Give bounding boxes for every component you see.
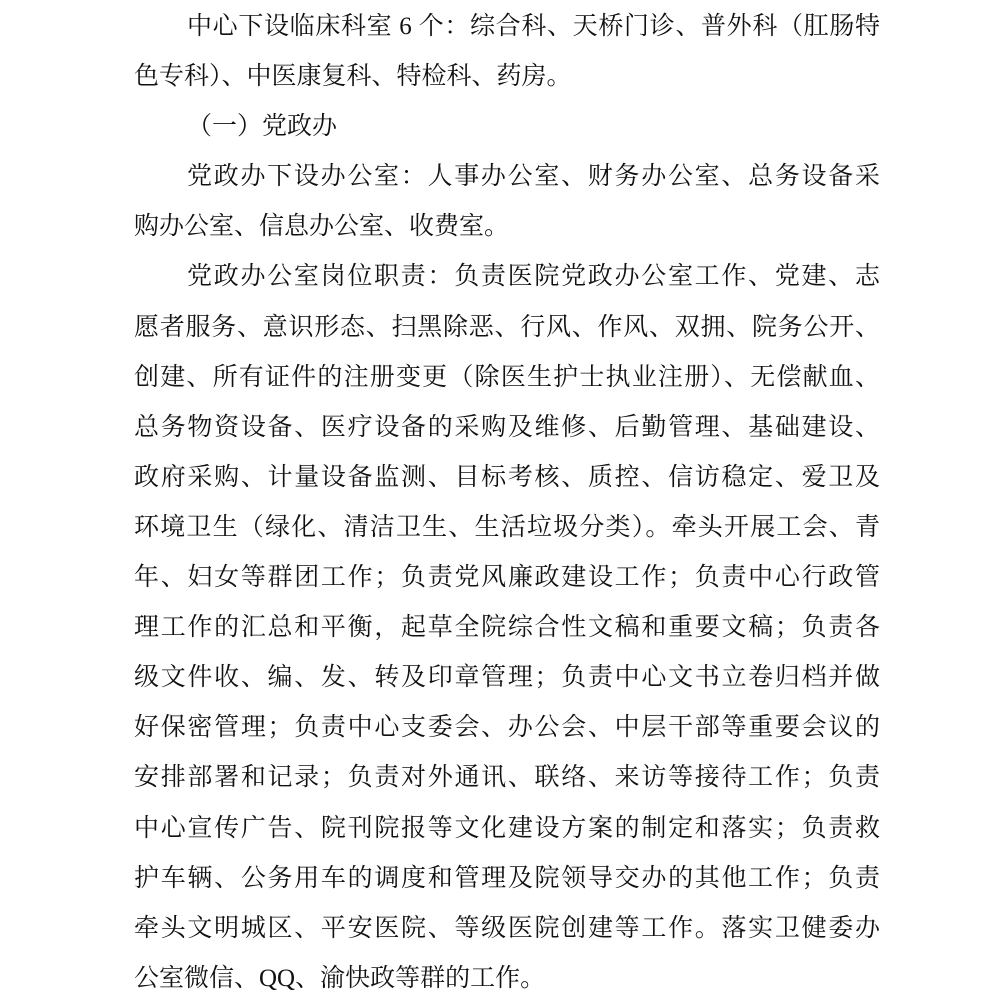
text-line: 年、妇女等群团工作；负责党风廉政建设工作；负责中心行政管 xyxy=(134,553,880,603)
text-line: 党政办下设办公室：人事办公室、财务办公室、总务设备采 xyxy=(134,152,880,202)
text-line: 好保密管理；负责中心支委会、办公会、中层干部等重要会议的 xyxy=(134,703,880,753)
text-line: 党政办公室岗位职责：负责医院党政办公室工作、党建、志 xyxy=(134,252,880,302)
text-line: 理工作的汇总和平衡，起草全院综合性文稿和重要文稿；负责各 xyxy=(134,603,880,653)
text-line: 级文件收、编、发、转及印章管理；负责中心文书立卷归档并做 xyxy=(134,653,880,703)
text-line: 牵头文明城区、平安医院、等级医院创建等工作。落实卫健委办 xyxy=(134,904,880,954)
text-line: 愿者服务、意识形态、扫黑除恶、行风、作风、双拥、院务公开、 xyxy=(134,303,880,353)
paragraph: 党政办公室岗位职责：负责医院党政办公室工作、党建、志愿者服务、意识形态、扫黑除恶… xyxy=(134,252,880,1003)
text-line: 中心下设临床科室 6 个：综合科、天桥门诊、普外科（肛肠特 xyxy=(134,2,880,52)
text-line: 购办公室、信息办公室、收费室。 xyxy=(134,202,880,252)
document-text-block: 中心下设临床科室 6 个：综合科、天桥门诊、普外科（肛肠特色专科）、中医康复科、… xyxy=(134,0,880,1004)
text-line: 护车辆、公务用车的调度和管理及院领导交办的其他工作；负责 xyxy=(134,854,880,904)
text-line: 政府采购、计量设备监测、目标考核、质控、信访稳定、爱卫及 xyxy=(134,453,880,503)
text-line: 安排部署和记录；负责对外通讯、联络、来访等接待工作；负责 xyxy=(134,753,880,803)
text-line: 总务物资设备、医疗设备的采购及维修、后勤管理、基础建设、 xyxy=(134,403,880,453)
text-line: 环境卫生（绿化、清洁卫生、生活垃圾分类）。牵头开展工会、青 xyxy=(134,503,880,553)
paragraph: （一）党政办 xyxy=(134,102,880,152)
document-page: 中心下设临床科室 6 个：综合科、天桥门诊、普外科（肛肠特色专科）、中医康复科、… xyxy=(0,0,1000,1004)
paragraph: 中心下设临床科室 6 个：综合科、天桥门诊、普外科（肛肠特色专科）、中医康复科、… xyxy=(134,2,880,102)
text-line: （一）党政办 xyxy=(134,102,880,152)
text-line: 中心宣传广告、院刊院报等文化建设方案的制定和落实；负责救 xyxy=(134,804,880,854)
text-line: 创建、所有证件的注册变更（除医生护士执业注册）、无偿献血、 xyxy=(134,353,880,403)
paragraph: 党政办下设办公室：人事办公室、财务办公室、总务设备采购办公室、信息办公室、收费室… xyxy=(134,152,880,252)
text-line: 公室微信、QQ、渝快政等群的工作。 xyxy=(134,954,880,1004)
text-line: 色专科）、中医康复科、特检科、药房。 xyxy=(134,52,880,102)
